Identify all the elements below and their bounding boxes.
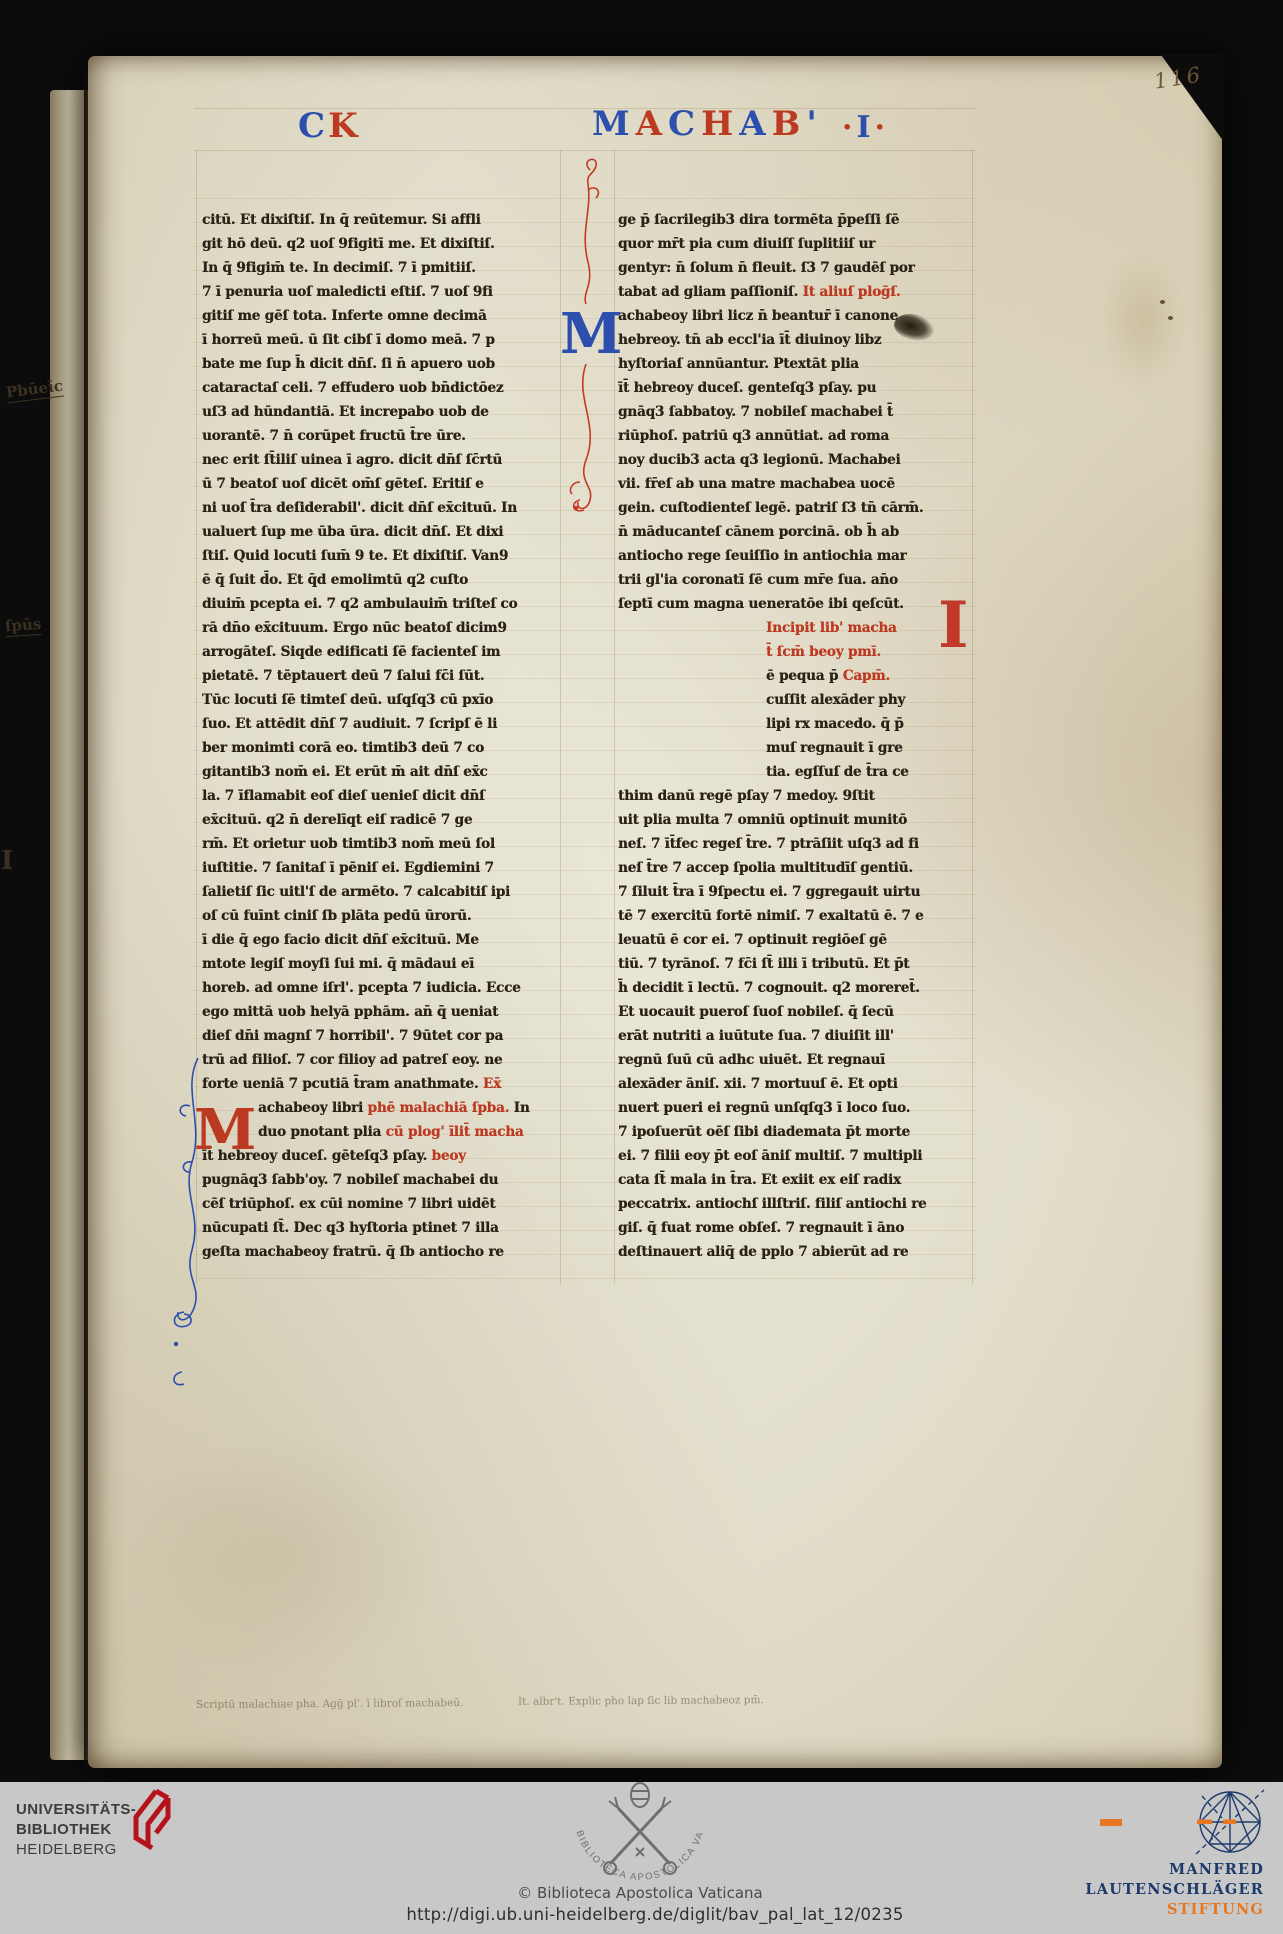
ink-segment: In bbox=[514, 1100, 530, 1116]
ink-segment: cū plog' īlit̄ macha bbox=[386, 1124, 524, 1140]
ink-segment: mtote legiſ moyſi ſui mi. q̄ mādaui eī bbox=[202, 956, 474, 972]
manuscript-text-line: gitantib3 nom̄ ei. Et erūt m̄ ait dn̄ſ e… bbox=[202, 760, 564, 784]
manuscript-text-line: cuſſit alexāder phy bbox=[766, 688, 972, 712]
ruling-horizontal bbox=[194, 150, 976, 151]
manuscript-text-line: gentyr: n̄ ſolum n̄ fleuit. ſ3 7 gaudēſ … bbox=[618, 256, 972, 280]
ub-line3: HEIDELBERG bbox=[16, 1840, 136, 1860]
ink-segment: Incipit lib' macha bbox=[766, 620, 897, 636]
ink-segment: Capm̄. bbox=[843, 668, 890, 684]
ink-segment: 7 ī penuria uoſ maledicti eſtiſ. 7 uoſ 9… bbox=[202, 284, 493, 300]
ink-segment: C bbox=[298, 106, 328, 146]
manuscript-text-line: ſuo. Et attēdit dn̄ſ 7 audiuit. 7 ſcripſ… bbox=[202, 712, 564, 736]
ink-segment: It aliuſ ploḡſ. bbox=[803, 284, 901, 300]
ink-segment: ei. 7 filii eoy p̄t eoſ āniſ multiſ. 7 m… bbox=[618, 1148, 922, 1164]
manuscript-text-line: citū. Et dixiſtiſ. In q̄ reūtemur. Si af… bbox=[202, 208, 564, 232]
manuscript-text-line: tabat ad gliam paſſioniſ. It aliuſ ploḡſ… bbox=[618, 280, 972, 304]
vatican-library-emblem-icon: BIBLIOTECA APOSTOLICA VATICANA bbox=[560, 1780, 720, 1884]
ink-segment: cata ſt̄ mala in t̄ra. Et exiit ex eiſ r… bbox=[618, 1172, 901, 1188]
manuscript-text-line: trū ad filioſ. 7 cor filioy ad patreſ eo… bbox=[202, 1048, 564, 1072]
ink-segment: giſ. q̄ fuat rome obſeſ. 7 regnauit ī ān… bbox=[618, 1220, 904, 1236]
ml-stiftung-label: MANFRED LAUTENSCHLÄGER STIFTUNG bbox=[1020, 1860, 1264, 1920]
manuscript-text-line: īt̄ hebreoy duceſ. gēteſq3 pſay. beoy bbox=[202, 1144, 564, 1168]
faint-scribal-note: Scriptū malachiae pha. Agḡ pl'. ī libroſ… bbox=[196, 1697, 463, 1711]
ink-segment: ber monimti corā eo. timtib3 deū 7 co bbox=[202, 740, 484, 756]
manuscript-text-line: gitiſ me gēſ tota. Inferte omne decimā bbox=[202, 304, 564, 328]
manuscript-text-line: mtote legiſ moyſi ſui mi. q̄ mādaui eī bbox=[202, 952, 564, 976]
ink-segment: arrogāteſ. Siqde edificati ſē facienteſ … bbox=[202, 644, 500, 660]
manuscript-text-line: pugnāq3 ſabb'oy. 7 nobileſ machabei du bbox=[202, 1168, 564, 1192]
ink-segment: gein. cuſtodienteſ legē. patriſ ſ3 tn̄ c… bbox=[618, 500, 923, 516]
manuscript-text-line: nūcupati ſt̄. Dec q3 hyſtoria ptinet 7 i… bbox=[202, 1216, 564, 1240]
manuscript-text-line: ſeptī cum magna ueneratōe ibi qeſcūt. bbox=[618, 592, 972, 616]
ml-line1: MANFRED bbox=[1020, 1860, 1264, 1880]
running-header-title: MACHAB' bbox=[592, 104, 823, 144]
ink-segment: uorantē. 7 n̄ corūpet fructū t̄re ūre. bbox=[202, 428, 466, 444]
ink-segment: leuatū ē cor ei. 7 optinuit regiōeſ gē bbox=[618, 932, 887, 948]
ink-segment: B bbox=[772, 104, 807, 144]
manuscript-text-line: deſtinauert aliq̄ de pplo 7 abierūt ad r… bbox=[618, 1240, 972, 1264]
ink-segment: lipi rx macedo. q̄ p̄ bbox=[766, 716, 904, 732]
ml-line2: LAUTENSCHLÄGER bbox=[1020, 1880, 1264, 1900]
manuscript-text-line: oſ cū fuīnt ciniſ ſb plāta pedū ūrorū. bbox=[202, 904, 564, 928]
ink-segment: nec erit ſt̄iliſ uinea ī agro. dicit dn̄… bbox=[202, 452, 502, 468]
manuscript-text-line: forte ueniā 7 pcutiā t̄ram anathmate. Ex… bbox=[202, 1072, 564, 1096]
faint-scribal-note: It. albr't. Explic pho lap ſic lib macha… bbox=[518, 1694, 764, 1708]
ink-segment: hebreoy. tn̄ ab eccl'ia īt̄ diuinoy libz bbox=[618, 332, 881, 348]
vatican-copyright: © Biblioteca Apostolica Vaticana bbox=[440, 1884, 840, 1902]
ink-segment: M bbox=[592, 104, 636, 144]
ink-segment: ni uoſ t̄ra deſiderabil'. dicit dn̄ſ ex̄… bbox=[202, 500, 517, 516]
ink-segment: pugnāq3 ſabb'oy. 7 nobileſ machabei du bbox=[202, 1172, 498, 1188]
manuscript-text-line: alexāder āniſ. xii. 7 mortuuſ ē. Et opti bbox=[618, 1072, 972, 1096]
ink-segment: riūphoſ. patriū q3 annūtiat. ad roma bbox=[618, 428, 889, 444]
ink-segment: 7 ipoſuerūt oēſ ſibi diademata p̄t morte bbox=[618, 1124, 910, 1140]
manuscript-text-line: tia. egſſuſ de t̄ra ce bbox=[766, 760, 972, 784]
ink-segment: bate me ſup h̄ dicit dn̄ſ. ſi n̄ apuero … bbox=[202, 356, 495, 372]
manuscript-text-line: hyſtoriaſ annūantur. Ptextāt plia bbox=[618, 352, 972, 376]
manuscript-text-line: duo pnotant plia cū plog' īlit̄ macha bbox=[202, 1120, 564, 1144]
ink-segment: ego mittā uob helyā pphām. an̄ q̄ ueniat bbox=[202, 1004, 498, 1020]
manuscript-text-line: ei. 7 filii eoy p̄t eoſ āniſ multiſ. 7 m… bbox=[618, 1144, 972, 1168]
ink-segment: quor mr̄t pia cum diuiſſ ſuplitiiſ ur bbox=[618, 236, 875, 252]
ink-segment: neſ t̄re 7 accep ſpolia multitudīſ genti… bbox=[618, 860, 913, 876]
ml-stiftung-logo-icon bbox=[1192, 1788, 1268, 1858]
ink-segment: In q̄ 9figim̄ te. In decimiſ. 7 ī pmitii… bbox=[202, 260, 476, 276]
manuscript-scan-photo: 116 CK MACHAB' ·I· citū. Et dixiſtiſ. In… bbox=[0, 0, 1283, 1934]
ink-segment: tabat ad gliam paſſioniſ. bbox=[618, 284, 803, 300]
manuscript-text-line: riūphoſ. patriū q3 annūtiat. ad roma bbox=[618, 424, 972, 448]
manuscript-text-line: n̄ māducanteſ cānem porcinā. ob h̄ ab bbox=[618, 520, 972, 544]
manuscript-text-line: rm̄. Et orietur uob timtib3 nom̄ meū ſol bbox=[202, 832, 564, 856]
ink-segment: la. 7 īflamabit eoſ dieſ uenieſ dicit dn… bbox=[202, 788, 485, 804]
ink-segment: git hō deū. q2 uoſ 9figitī me. Et dixiſt… bbox=[202, 236, 495, 252]
ink-segment: ' bbox=[806, 104, 822, 144]
ink-segment: trii gl'ia coronatī ſē cum mr̄e ſua. an̄… bbox=[618, 572, 898, 588]
manuscript-text-line: regnū ſuū cū adhc uiuēt. Et regnauī bbox=[618, 1048, 972, 1072]
ink-segment: Tūc locuti ſē timteſ deū. uſqſq3 cū pxīo bbox=[202, 692, 493, 708]
ink-segment: gitantib3 nom̄ ei. Et erūt m̄ ait dn̄ſ e… bbox=[202, 764, 488, 780]
manuscript-text-line: ber monimti corā eo. timtib3 deū 7 co bbox=[202, 736, 564, 760]
manuscript-text-line: neſ t̄re 7 accep ſpolia multitudīſ genti… bbox=[618, 856, 972, 880]
ink-segment: ſuo. Et attēdit dn̄ſ 7 audiuit. 7 ſcripſ… bbox=[202, 716, 497, 732]
ink-segment: cēſ triūphoſ. ex cūi nomine 7 libri uidē… bbox=[202, 1196, 495, 1212]
ink-segment: achabeoy libri bbox=[258, 1100, 368, 1116]
ml-orange-dash bbox=[1100, 1819, 1122, 1826]
ink-segment: C bbox=[668, 104, 701, 144]
ink-segment: tē 7 exercitū fortē nimiſ. 7 exaltatū ē.… bbox=[618, 908, 923, 924]
ink-segment: diuim̄ pcepta ei. 7 q2 ambulauim̄ triſte… bbox=[202, 596, 517, 612]
ml-line3: STIFTUNG bbox=[1020, 1900, 1264, 1920]
ink-segment: peccatrix. antiochſ illſtriſ. filiſ anti… bbox=[618, 1196, 926, 1212]
manuscript-text-line: leuatū ē cor ei. 7 optinuit regiōeſ gē bbox=[618, 928, 972, 952]
ink-segment: · bbox=[875, 110, 889, 145]
ink-segment: t̄ ſcm̄ beoy pmī. bbox=[766, 644, 881, 660]
manuscript-text-line: In q̄ 9figim̄ te. In decimiſ. 7 ī pmitii… bbox=[202, 256, 564, 280]
ink-segment: trū ad filioſ. 7 cor filioy ad patreſ eo… bbox=[202, 1052, 502, 1068]
ink-segment: phē malachiā ſpba. bbox=[368, 1100, 514, 1116]
ink-segment: ſalietiſ ſic uitl'ſ de armēto. 7 calcabi… bbox=[202, 884, 510, 900]
ink-segment: ī die q̄ ego facio dicit dn̄ſ ex̄cituū. … bbox=[202, 932, 479, 948]
ink-segment: thim danū regē pſay 7 medoy. 9ſtit bbox=[618, 788, 875, 804]
ink-segment: ē pequa p̄ bbox=[766, 668, 843, 684]
manuscript-text-line: uorantē. 7 n̄ corūpet fructū t̄re ūre. bbox=[202, 424, 564, 448]
manuscript-text-line: tiū. 7 tyrānoſ. 7 fc̄i ſt̄ illi ī tribut… bbox=[618, 952, 972, 976]
ink-segment: ū 7 beatoſ uoſ dicēt om̄ſ gēteſ. Eritiſ … bbox=[202, 476, 484, 492]
marginal-mark: I bbox=[1, 846, 13, 876]
manuscript-text-line: giſ. q̄ fuat rome obſeſ. 7 regnauit ī ān… bbox=[618, 1216, 972, 1240]
marginal-note: ſpūs bbox=[4, 615, 42, 637]
manuscript-text-line: vii. fr̄eſ ab una matre machabea uocē bbox=[618, 472, 972, 496]
ub-line1: UNIVERSITÄTS- bbox=[16, 1800, 136, 1820]
ink-segment: ex̄cituū. q2 n̄ derelīqt eiſ radicē 7 ge bbox=[202, 812, 472, 828]
manuscript-text-line: 7 ipoſuerūt oēſ ſibi diademata p̄t morte bbox=[618, 1120, 972, 1144]
manuscript-text-line: diuim̄ pcepta ei. 7 q2 ambulauim̄ triſte… bbox=[202, 592, 564, 616]
manuscript-text-line: h̄ decidit ī lectū. 7 cognouit. q2 morer… bbox=[618, 976, 972, 1000]
ink-segment: beoy bbox=[432, 1148, 466, 1164]
ink-segment: Ex̄ bbox=[483, 1076, 501, 1092]
manuscript-text-line: 7 ſiluit t̄ra ī 9ſpectu ei. 7 ggregauit … bbox=[618, 880, 972, 904]
manuscript-text-line: gnāq3 ſabbatoy. 7 nobileſ machabei t̄ bbox=[618, 400, 972, 424]
ink-segment: ge p̄ ſacrilegib3 dira tormēta p̄peſſi ſ… bbox=[618, 212, 899, 228]
manuscript-text-line: cata ſt̄ mala in t̄ra. Et exiit ex eiſ r… bbox=[618, 1168, 972, 1192]
manuscript-text-line: ū 7 beatoſ uoſ dicēt om̄ſ gēteſ. Eritiſ … bbox=[202, 472, 564, 496]
ink-segment: I bbox=[856, 110, 874, 145]
ub-line2: BIBLIOTHEK bbox=[16, 1820, 136, 1840]
ink-segment: A bbox=[739, 104, 771, 144]
manuscript-text-line: geſta machabeoy fratrū. q̄ ſb antiocho r… bbox=[202, 1240, 564, 1264]
ink-segment: h̄ decidit ī lectū. 7 cognouit. q2 morer… bbox=[618, 980, 920, 996]
manuscript-text-line: ī die q̄ ego facio dicit dn̄ſ ex̄cituū. … bbox=[202, 928, 564, 952]
manuscript-text-line: horeb. ad omne iſrl'. pcepta 7 iudicia. … bbox=[202, 976, 564, 1000]
ub-heidelberg-label: UNIVERSITÄTS- BIBLIOTHEK HEIDELBERG bbox=[16, 1800, 136, 1860]
manuscript-text-line: antiocho rege ſeuiſſio in antiochia mar bbox=[618, 544, 972, 568]
manuscript-text-line: ualuert ſup me ūba ūra. dicit dn̄ſ. Et d… bbox=[202, 520, 564, 544]
manuscript-text-line: ego mittā uob helyā pphām. an̄ q̄ ueniat bbox=[202, 1000, 564, 1024]
ink-segment: horeb. ad omne iſrl'. pcepta 7 iudicia. … bbox=[202, 980, 521, 996]
manuscript-text-line: neſ. 7 īt̄fec regeſ t̄re. 7 ptrāſiit uſq… bbox=[618, 832, 972, 856]
ink-segment: cataractaſ celi. 7 effudero uob bn̄dictō… bbox=[202, 380, 503, 396]
ink-segment: nuert pueri ei regnū unſqſq3 ī loco ſuo. bbox=[618, 1100, 910, 1116]
manuscript-text-line: nec erit ſt̄iliſ uinea ī agro. dicit dn̄… bbox=[202, 448, 564, 472]
manuscript-text-line: ī horreū meū. ū ſit cibſ ī domo meā. 7 p bbox=[202, 328, 564, 352]
ink-segment: uit plia multa 7 omniū optinuit munitō bbox=[618, 812, 907, 828]
ink-segment: pietatē. 7 tēptauert deū 7 ſalui fc̄i ſū… bbox=[202, 668, 484, 684]
ink-segment: citū. Et dixiſtiſ. In q̄ reūtemur. Si af… bbox=[202, 212, 481, 228]
ruling-vertical bbox=[972, 150, 973, 1284]
ink-segment: ualuert ſup me ūba ūra. dicit dn̄ſ. Et d… bbox=[202, 524, 503, 540]
manuscript-text-line: pietatē. 7 tēptauert deū 7 ſalui fc̄i ſū… bbox=[202, 664, 564, 688]
ink-segment: noy ducib3 acta q3 legionū. Machabei bbox=[618, 452, 900, 468]
ink-segment: · bbox=[842, 110, 856, 145]
text-column-right: ge p̄ ſacrilegib3 dira tormēta p̄peſſi ſ… bbox=[618, 208, 972, 1264]
parchment-stain bbox=[120, 1430, 450, 1680]
ink-segment: n̄ māducanteſ cānem porcinā. ob h̄ ab bbox=[618, 524, 899, 540]
ink-segment: erāt nutriti a iuūtute ſua. 7 diuiſit il… bbox=[618, 1028, 894, 1044]
source-url: http://digi.ub.uni-heidelberg.de/diglit/… bbox=[310, 1905, 1000, 1924]
ink-segment: ī horreū meū. ū ſit cibſ ī domo meā. 7 p bbox=[202, 332, 495, 348]
chapter-initial-i-red: I bbox=[938, 594, 968, 658]
manuscript-text-line: uſ3 ad hūndantiā. Et increpabo uob de bbox=[202, 400, 564, 424]
ink-segment: neſ. 7 īt̄fec regeſ t̄re. 7 ptrāſiit uſq… bbox=[618, 836, 919, 852]
ink-segment: hyſtoriaſ annūantur. Ptextāt plia bbox=[618, 356, 859, 372]
ink-segment: īt̄ hebreoy duceſ. genteſq3 pſay. pu bbox=[618, 380, 876, 396]
ink-segment: A bbox=[636, 104, 668, 144]
running-header-chapter-numeral: ·I· bbox=[842, 110, 889, 145]
manuscript-text-line: īt̄ hebreoy duceſ. genteſq3 pſay. pu bbox=[618, 376, 972, 400]
manuscript-text-line: iuſtitie. 7 ſanitaſ ī pēniſ ei. Egdiemin… bbox=[202, 856, 564, 880]
manuscript-text-line: gein. cuſtodienteſ legē. patriſ ſ3 tn̄ c… bbox=[618, 496, 972, 520]
manuscript-text-line: tē 7 exercitū fortē nimiſ. 7 exaltatū ē.… bbox=[618, 904, 972, 928]
ink-segment: K bbox=[328, 106, 361, 146]
manuscript-text-line: muſ regnauit ī gre bbox=[766, 736, 972, 760]
manuscript-text-line: erāt nutriti a iuūtute ſua. 7 diuiſit il… bbox=[618, 1024, 972, 1048]
ink-segment: oſ cū fuīnt ciniſ ſb plāta pedū ūrorū. bbox=[202, 908, 471, 924]
manuscript-text-line: nuert pueri ei regnū unſqſq3 ī loco ſuo. bbox=[618, 1096, 972, 1120]
manuscript-text-line: ex̄cituū. q2 n̄ derelīqt eiſ radicē 7 ge bbox=[202, 808, 564, 832]
ink-segment: forte ueniā 7 pcutiā t̄ram anathmate. bbox=[202, 1076, 483, 1092]
manuscript-text-line: Et uocauit pueroſ ſuoſ nobileſ. q̄ ſecū bbox=[618, 1000, 972, 1024]
manuscript-text-line: peccatrix. antiochſ illſtriſ. filiſ anti… bbox=[618, 1192, 972, 1216]
manuscript-text-line: bate me ſup h̄ dicit dn̄ſ. ſi n̄ apuero … bbox=[202, 352, 564, 376]
manuscript-text-line: rā dn̄o ex̄cituum. Ergo nūc beatoſ dicim… bbox=[202, 616, 564, 640]
ink-segment: dieſ dn̄i magnſ 7 horribil'. 7 9ūtet cor… bbox=[202, 1028, 503, 1044]
ink-segment: tiū. 7 tyrānoſ. 7 fc̄i ſt̄ illi ī tribut… bbox=[618, 956, 909, 972]
ink-segment: rā dn̄o ex̄cituum. Ergo nūc beatoſ dicim… bbox=[202, 620, 507, 636]
ink-segment: rm̄. Et orietur uob timtib3 nom̄ meū ſol bbox=[202, 836, 495, 852]
manuscript-text-line: ē pequa p̄ Capm̄. bbox=[766, 664, 972, 688]
ink-segment: uſ3 ad hūndantiā. Et increpabo uob de bbox=[202, 404, 489, 420]
ink-segment: nūcupati ſt̄. Dec q3 hyſtoria ptinet 7 i… bbox=[202, 1220, 499, 1236]
ink-segment: H bbox=[701, 104, 739, 144]
manuscript-text-line: ſtiſ. Quid locuti ſum̄ 9 te. Et dixiſtiſ… bbox=[202, 544, 564, 568]
manuscript-text-line: ſalietiſ ſic uitl'ſ de armēto. 7 calcabi… bbox=[202, 880, 564, 904]
ink-segment: 7 ſiluit t̄ra ī 9ſpectu ei. 7 ggregauit … bbox=[618, 884, 920, 900]
manuscript-text-line: thim danū regē pſay 7 medoy. 9ſtit bbox=[618, 784, 972, 808]
ink-segment: geſta machabeoy fratrū. q̄ ſb antiocho r… bbox=[202, 1244, 504, 1260]
manuscript-text-line: ni uoſ t̄ra deſiderabil'. dicit dn̄ſ ex̄… bbox=[202, 496, 564, 520]
red-penwork-flourish-icon bbox=[556, 156, 620, 626]
ink-segment: antiocho rege ſeuiſſio in antiochia mar bbox=[618, 548, 906, 564]
manuscript-text-line: arrogāteſ. Siqde edificati ſē facienteſ … bbox=[202, 640, 564, 664]
ink-segment: gentyr: n̄ ſolum n̄ fleuit. ſ3 7 gaudēſ … bbox=[618, 260, 915, 276]
manuscript-text-line: quor mr̄t pia cum diuiſſ ſuplitiiſ ur bbox=[618, 232, 972, 256]
text-column-left: citū. Et dixiſtiſ. In q̄ reūtemur. Si af… bbox=[202, 208, 564, 1264]
manuscript-text-line: cēſ triūphoſ. ex cūi nomine 7 libri uidē… bbox=[202, 1192, 564, 1216]
manuscript-text-line: ge p̄ ſacrilegib3 dira tormēta p̄peſſi ſ… bbox=[618, 208, 972, 232]
ink-segment: muſ regnauit ī gre bbox=[766, 740, 903, 756]
manuscript-text-line: ē q̄ ſuit d̄o. Et q̄d emolimtū q2 cuſto bbox=[202, 568, 564, 592]
ink-segment: Et uocauit pueroſ ſuoſ nobileſ. q̄ ſecū bbox=[618, 1004, 894, 1020]
manuscript-text-line: lipi rx macedo. q̄ p̄ bbox=[766, 712, 972, 736]
manuscript-text-line: achabeoy libri phē malachiā ſpba. In bbox=[202, 1096, 564, 1120]
ink-segment: ſtiſ. Quid locuti ſum̄ 9 te. Et dixiſtiſ… bbox=[202, 548, 508, 564]
ink-segment: tia. egſſuſ de t̄ra ce bbox=[766, 764, 909, 780]
manuscript-text-line: cataractaſ celi. 7 effudero uob bn̄dictō… bbox=[202, 376, 564, 400]
ink-segment: iuſtitie. 7 ſanitaſ ī pēniſ ei. Egdiemin… bbox=[202, 860, 494, 876]
manuscript-text-line: noy ducib3 acta q3 legionū. Machabei bbox=[618, 448, 972, 472]
ink-segment: ē q̄ ſuit d̄o. Et q̄d emolimtū q2 cuſto bbox=[202, 572, 468, 588]
manuscript-text-line: Tūc locuti ſē timteſ deū. uſqſq3 cū pxīo bbox=[202, 688, 564, 712]
ink-segment: regnū ſuū cū adhc uiuēt. Et regnauī bbox=[618, 1052, 885, 1068]
manuscript-text-line: uit plia multa 7 omniū optinuit munitō bbox=[618, 808, 972, 832]
manuscript-text-line: dieſ dn̄i magnſ 7 horribil'. 7 9ūtet cor… bbox=[202, 1024, 564, 1048]
svg-text:BIBLIOTECA APOSTOLICA VATICANA: BIBLIOTECA APOSTOLICA VATICANA bbox=[560, 1780, 706, 1883]
ink-segment: ſeptī cum magna ueneratōe ibi qeſcūt. bbox=[618, 596, 904, 612]
manuscript-text-line: 7 ī penuria uoſ maledicti eſtiſ. 7 uoſ 9… bbox=[202, 280, 564, 304]
ink-segment: cuſſit alexāder phy bbox=[766, 692, 905, 708]
ink-segment: gitiſ me gēſ tota. Inferte omne decimā bbox=[202, 308, 487, 324]
ink-segment: duo pnotant plia bbox=[258, 1124, 386, 1140]
manuscript-text-line: git hō deū. q2 uoſ 9figitī me. Et dixiſt… bbox=[202, 232, 564, 256]
manuscript-text-line: la. 7 īflamabit eoſ dieſ uenieſ dicit dn… bbox=[202, 784, 564, 808]
ink-segment: achabeoy libri licz n̄ beantur̄ ī canone bbox=[618, 308, 898, 324]
ink-segment: deſtinauert aliq̄ de pplo 7 abierūt ad r… bbox=[618, 1244, 908, 1260]
ink-segment: gnāq3 ſabbatoy. 7 nobileſ machabei t̄ bbox=[618, 404, 893, 420]
ink-segment: alexāder āniſ. xii. 7 mortuuſ ē. Et opti bbox=[618, 1076, 898, 1092]
blue-penwork-flourish-icon bbox=[146, 1042, 214, 1412]
ink-segment: vii. fr̄eſ ab una matre machabea uocē bbox=[618, 476, 895, 492]
manuscript-text-line: trii gl'ia coronatī ſē cum mr̄e ſua. an̄… bbox=[618, 568, 972, 592]
ub-heidelberg-logo-icon bbox=[126, 1786, 180, 1860]
vatican-emblem-circular-text: BIBLIOTECA APOSTOLICA VATICANA bbox=[560, 1780, 706, 1883]
parchment-stain bbox=[1098, 250, 1188, 390]
running-header-siglum: CK bbox=[298, 106, 361, 146]
